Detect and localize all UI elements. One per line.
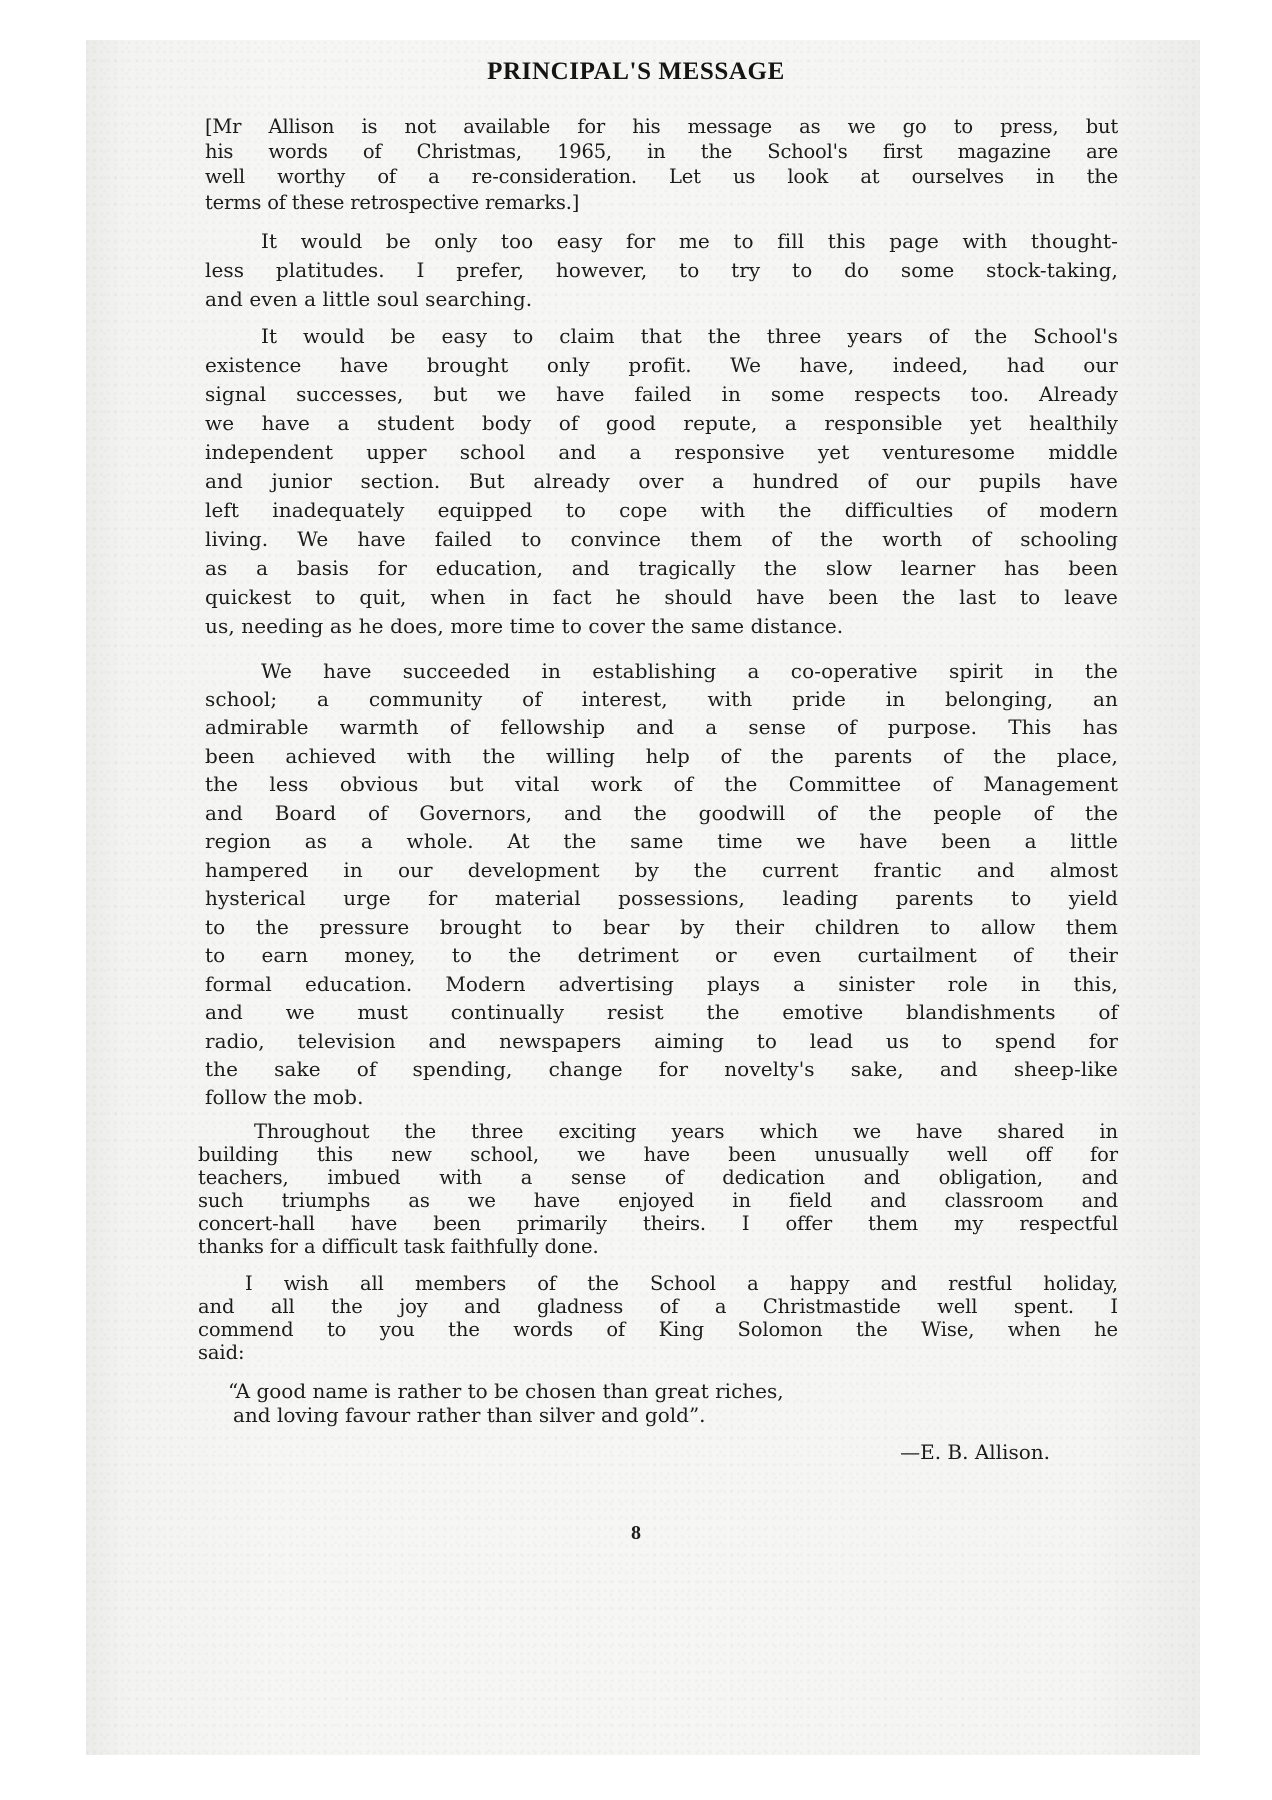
text-line: and even a little soul searching. [205, 287, 532, 311]
text-line: the sake of spending, change for novelty… [205, 1057, 1118, 1081]
text-line: hysterical urge for material possessions… [205, 886, 1118, 910]
text-line: I wish all members of the School a happy… [245, 1272, 1118, 1295]
text-line: school; a community of interest, with pr… [205, 687, 1118, 711]
text-line: said: [198, 1341, 244, 1364]
text-line: Throughout the three exciting years whic… [254, 1120, 1118, 1143]
text-line: left inadequately equipped to cope with … [205, 498, 1118, 522]
quote-line: “A good name is rather to be chosen than… [228, 1379, 1106, 1403]
text-line: been achieved with the willing help of t… [205, 744, 1118, 768]
editorial-note-line: well worthy of a re-consideration. Let u… [205, 165, 1118, 188]
text-line: independent upper school and a responsiv… [205, 440, 1118, 464]
quote-line: and loving favour rather than silver and… [233, 1403, 706, 1427]
text-line: It would be only too easy for me to fill… [261, 229, 1118, 253]
text-line: teachers, imbued with a sense of dedicat… [198, 1166, 1118, 1189]
text-line: concert-hall have been primarily theirs.… [198, 1212, 1118, 1235]
text-line: less platitudes. I prefer, however, to t… [205, 258, 1118, 282]
text-line: to earn money, to the detriment or even … [205, 943, 1118, 967]
text-line: as a basis for education, and tragically… [205, 556, 1118, 580]
text-line: hampered in our development by the curre… [205, 858, 1118, 882]
text-line: we have a student body of good repute, a… [205, 411, 1118, 435]
text-line: the less obvious but vital work of the C… [205, 772, 1118, 796]
signature: —E. B. Allison. [900, 1440, 1050, 1464]
text-line: existence have brought only profit. We h… [205, 353, 1118, 377]
text-line: We have succeeded in establishing a co-o… [261, 659, 1118, 683]
text-line: and Board of Governors, and the goodwill… [205, 801, 1118, 825]
editorial-note-line: terms of these retrospective remarks.] [205, 191, 579, 214]
text-line: commend to you the words of King Solomon… [198, 1318, 1118, 1341]
text-line: It would be easy to claim that the three… [261, 324, 1118, 348]
text-line: and we must continually resist the emoti… [205, 1000, 1118, 1024]
page-number: 8 [0, 1522, 1272, 1545]
text-line: signal successes, but we have failed in … [205, 382, 1118, 406]
text-line: building this new school, we have been u… [198, 1143, 1118, 1166]
page-title: PRINCIPAL'S MESSAGE [0, 58, 1272, 86]
text-line: region as a whole. At the same time we h… [205, 829, 1118, 853]
text-line: thanks for a difficult task faithfully d… [198, 1235, 599, 1258]
editorial-note-line: [Mr Allison is not available for his mes… [205, 115, 1118, 138]
text-line: admirable warmth of fellowship and a sen… [205, 715, 1118, 739]
text-line: and all the joy and gladness of a Christ… [198, 1295, 1118, 1318]
text-line: to the pressure brought to bear by their… [205, 915, 1118, 939]
text-line: radio, television and newspapers aiming … [205, 1029, 1118, 1053]
text-line: follow the mob. [205, 1085, 364, 1109]
text-line: such triumphs as we have enjoyed in fiel… [198, 1189, 1118, 1212]
editorial-note-line: his words of Christmas, 1965, in the Sch… [205, 140, 1118, 163]
text-line: living. We have failed to convince them … [205, 527, 1118, 551]
text-line: and junior section. But already over a h… [205, 469, 1118, 493]
text-line: us, needing as he does, more time to cov… [205, 614, 843, 638]
text-line: quickest to quit, when in fact he should… [205, 585, 1118, 609]
text-line: formal education. Modern advertising pla… [205, 972, 1118, 996]
